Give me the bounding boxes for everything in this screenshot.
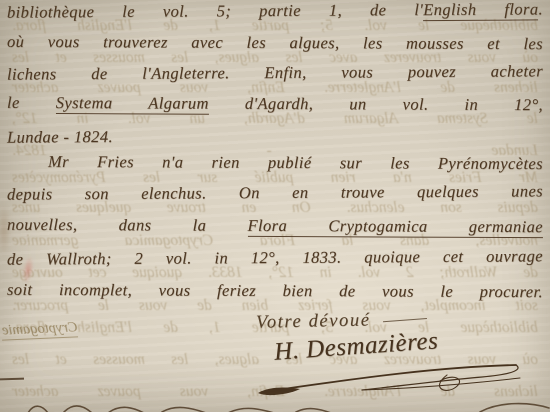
line-text: où vous trouverez avec les algues, les m… <box>7 32 543 53</box>
letter-line: Lundae - 1824. <box>7 123 543 148</box>
underlined-title: Systema Algarum <box>56 93 209 115</box>
line-text: d'Agardh, un vol. in 12°, <box>209 94 543 114</box>
letter-photograph: bibliothèque le vol. 5; partie 1, de l'E… <box>0 0 550 412</box>
line-text: bibliothèque le vol. 5; partie 1, de l' <box>7 0 423 22</box>
letter-line: depuis son elenchus. On en trouve quelqu… <box>7 180 543 205</box>
underlined-title: Flora Cryptogamica germaniae <box>248 216 544 238</box>
line-text: de Wallroth; 2 vol. in 12°, 1833. quoiqu… <box>7 246 543 268</box>
line-text: Lundae - 1824. <box>7 127 113 147</box>
closing-flourish-dash <box>383 318 427 322</box>
line-text: Mr Fries n'a rien publié sur les Pyrénom… <box>48 152 543 173</box>
closing-text: Votre dévoué <box>256 310 371 332</box>
letter-line: de Wallroth; 2 vol. in 12°, 1833. quoiqu… <box>7 245 543 270</box>
letter-line: où vous trouverez avec les algues, les m… <box>7 31 543 55</box>
line-text: nouvelles, dans la <box>7 215 248 235</box>
line-text: depuis son elenchus. On en trouve quelqu… <box>7 181 543 203</box>
line-text: . <box>538 0 543 18</box>
signature-paraph-flourish <box>250 357 525 402</box>
letter-line: Mr Fries n'a rien publié sur les Pyrénom… <box>48 151 543 175</box>
underlined-title: English flora <box>423 0 538 21</box>
margin-dash-mark <box>0 378 24 381</box>
line-text: lichens de l'Angleterre. Enfin, vous pou… <box>7 61 543 83</box>
letter-line: lichens de l'Angleterre. Enfin, vous pou… <box>7 60 543 85</box>
bleedthrough-word: Cryptogamie <box>2 319 78 340</box>
letter-line: soit incomplet, vous feriez bien de vous… <box>7 279 543 303</box>
line-text: le <box>7 93 56 112</box>
letter-line: nouvelles, dans la Flora Cryptogamica ge… <box>7 214 543 238</box>
line-text: soit incomplet, vous feriez bien de vous… <box>7 280 543 301</box>
letter-line: bibliothèque le vol. 5; partie 1, de l'E… <box>7 0 543 24</box>
cutoff-line-strokes <box>0 399 550 412</box>
letter-line: le Systema Algarum d'Agardh, un vol. in … <box>7 92 543 116</box>
